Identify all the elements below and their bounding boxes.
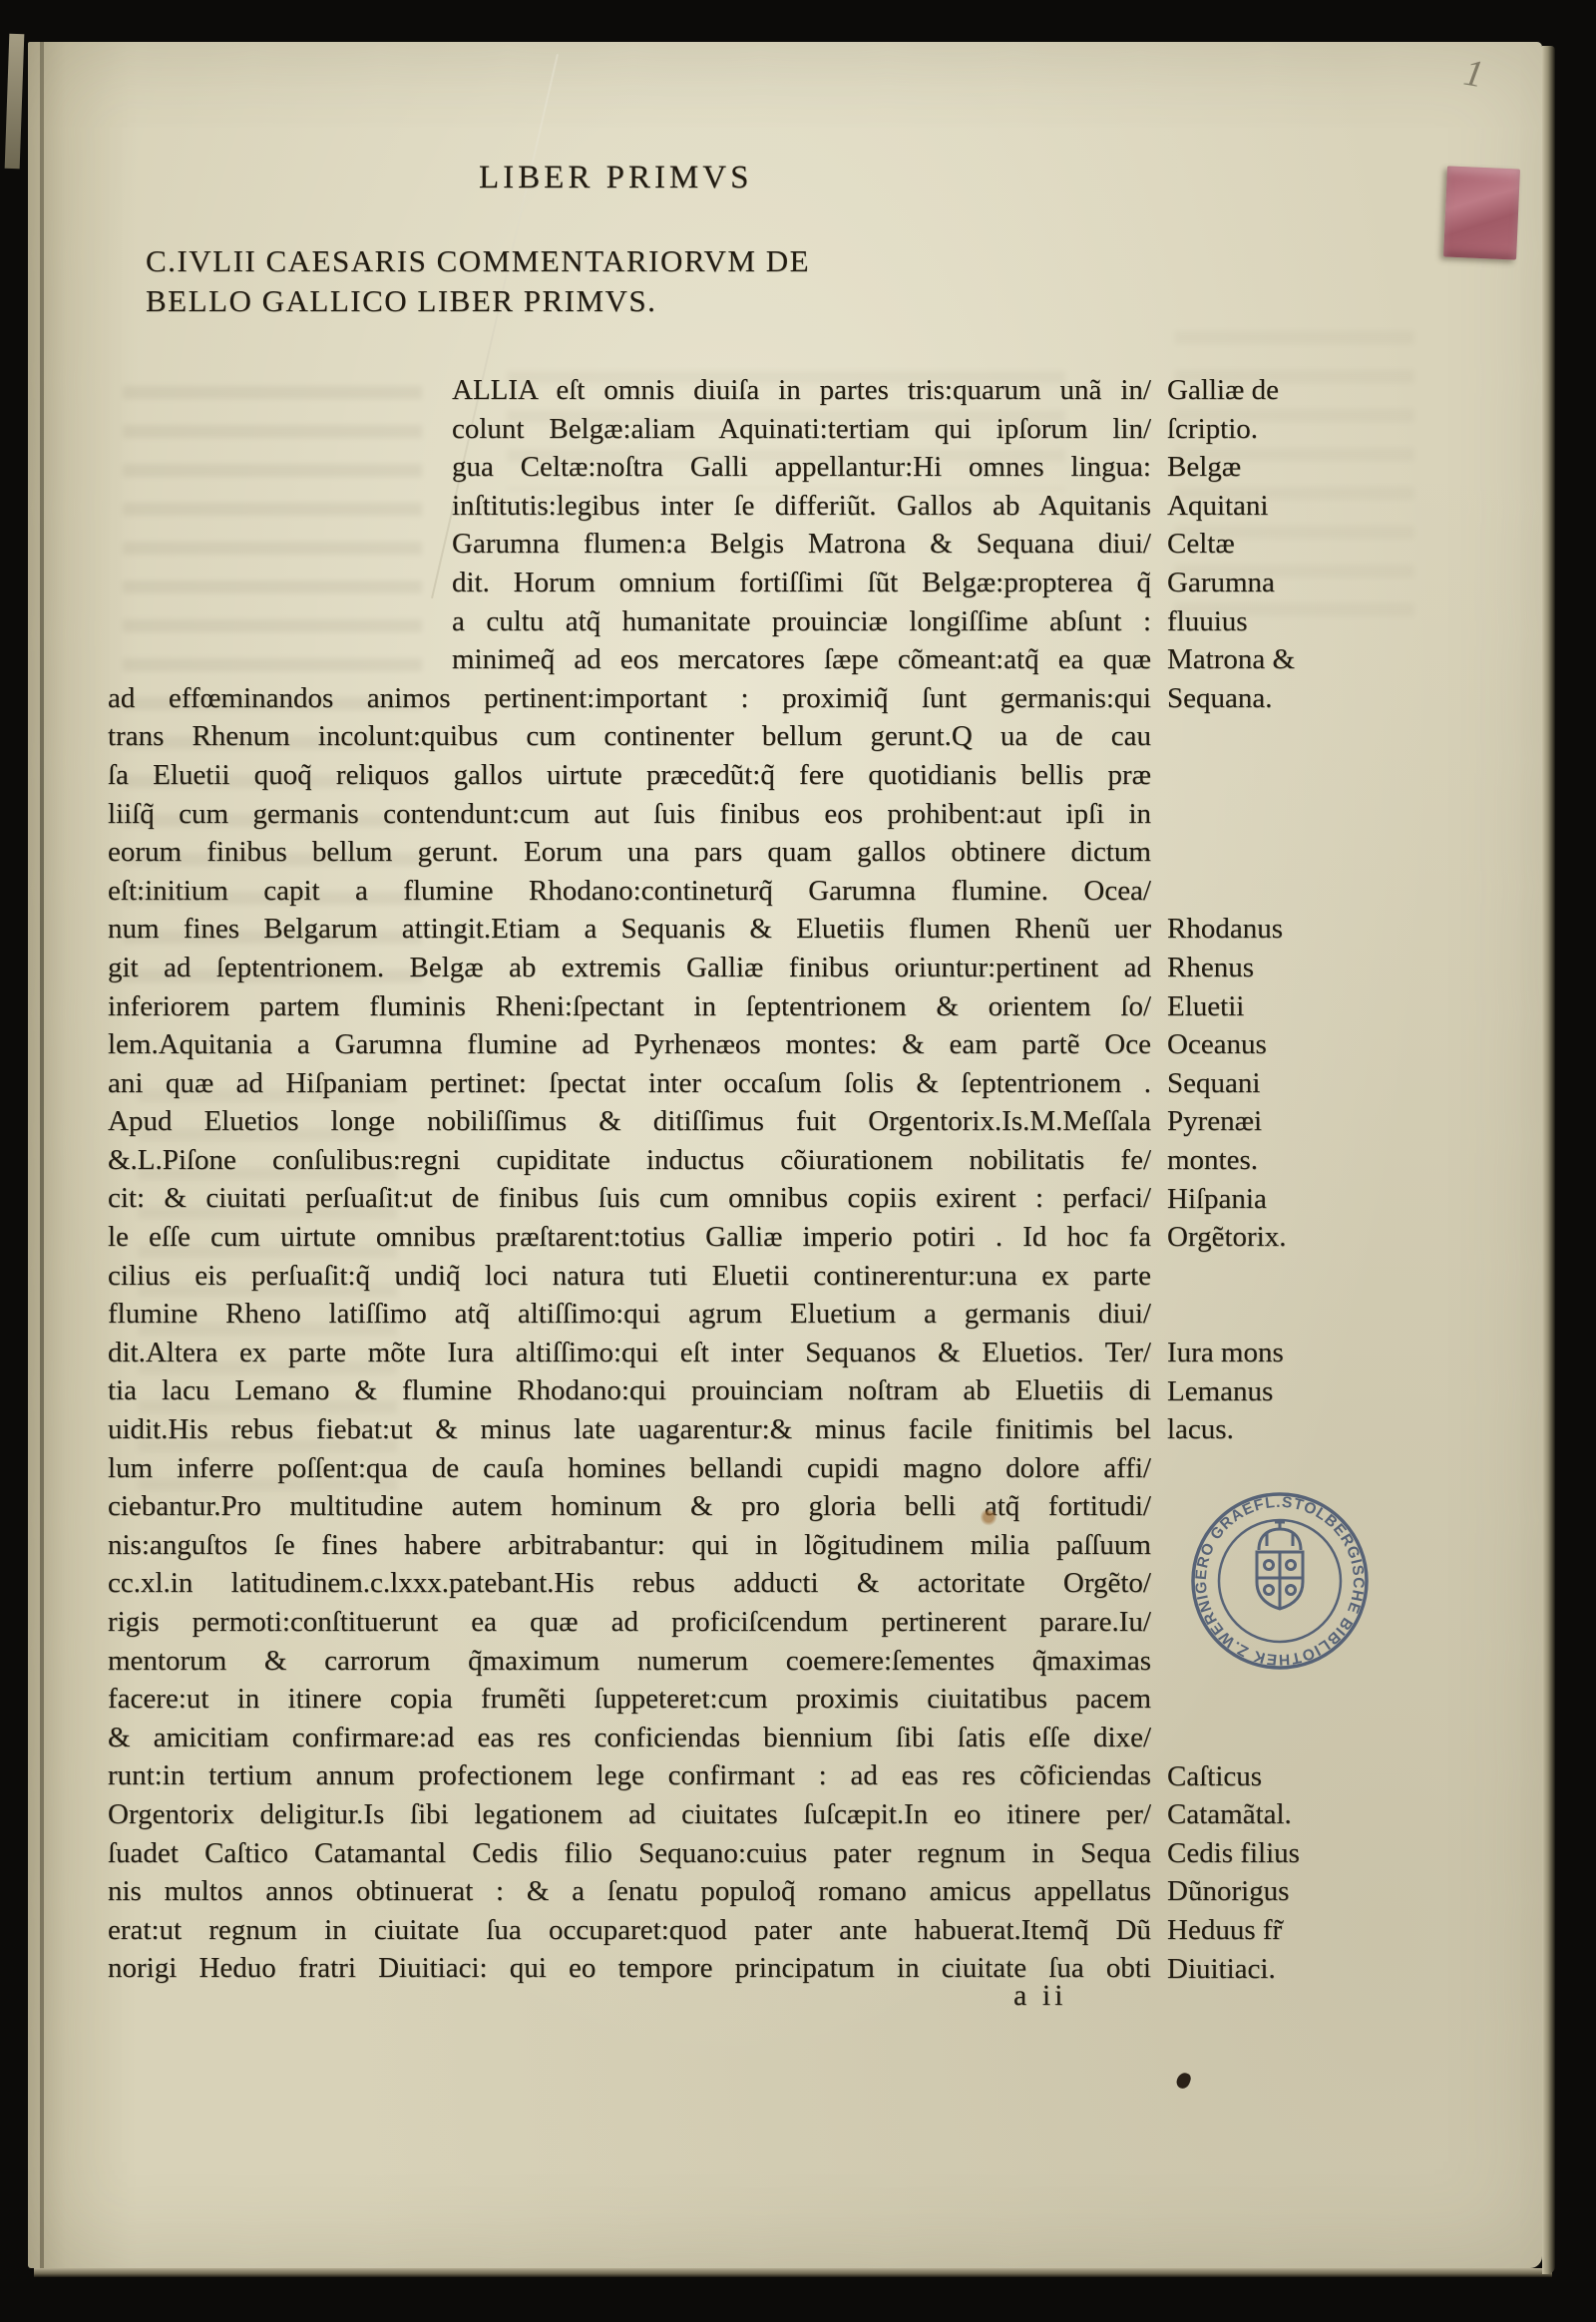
body-line: ſa Eluetii quoq̃ reliquos gallos uirtute… (108, 756, 1151, 795)
body-line: uidit.His rebus fiebat:ut & minus late u… (108, 1410, 1151, 1449)
body-line: minimeq̃ ad eos mercatores ſæpe cõmeant:… (452, 640, 1151, 679)
margin-note-group: Galliæ deſcriptio.BelgæAquitaniCeltæGaru… (1167, 371, 1295, 717)
margin-note: Cedis filius (1167, 1834, 1300, 1873)
body-line: facere:ut in itinere copia frumẽti ſuppe… (108, 1680, 1151, 1719)
margin-note: Belgæ (1167, 448, 1295, 487)
body-line: num fines Belgarum attingit.Etiam a Sequ… (108, 910, 1151, 949)
body-line: a cultu atq̃ humanitate prouinciæ longiſ… (452, 602, 1151, 641)
book-page: 1 LIBER PRIMVS C.IVLII CAESARIS COMMENTA… (28, 42, 1542, 2268)
body-line: &.L.Piſone conſulibus:regni cupiditate i… (108, 1141, 1151, 1180)
body-line: gua Celtæ:noſtra Galli appellantur:Hi om… (452, 448, 1151, 487)
body-line: Apud Eluetios longe nobiliſſimus & ditiſ… (108, 1102, 1151, 1141)
body-line: lem.Aquitania a Garumna flumine ad Pyrhe… (108, 1025, 1151, 1064)
body-line: colunt Belgæ:aliam Aquinati:tertiam qui … (452, 410, 1151, 449)
body-line: lum inferre poſſent:qua de cauſa homines… (108, 1449, 1151, 1488)
body-line: Garumna flumen:a Belgis Matrona & Sequan… (452, 525, 1151, 564)
margin-note: Matrona & (1167, 640, 1295, 679)
body-line: & amicitiam confirmare:ad eas res confic… (108, 1719, 1151, 1757)
body-line: nis multos annos obtinuerat : & a ſenatu… (108, 1872, 1151, 1911)
gutter-shadow (40, 42, 44, 2268)
body-line: runt:in tertium annum profectionem lege … (108, 1756, 1151, 1795)
body-line: flumine Rheno latiſſimo atq̃ altiſſimo:q… (108, 1295, 1151, 1334)
body-line: liiſq̃ cum germanis contendunt:cum aut ſ… (108, 795, 1151, 834)
body-line: norigi Heduo fratri Diuitiaci: qui eo te… (108, 1949, 1151, 1988)
chapter-title: C.IVLII CAESARIS COMMENTARIORVM DE BELLO… (146, 241, 810, 321)
margin-note: Dũnorigus (1167, 1872, 1300, 1911)
body-line: dit.Altera ex parte mõte Iura altiſſimo:… (108, 1334, 1151, 1372)
body-line: cilius eis perſuaſit:q̃ undiq̃ loci natu… (108, 1257, 1151, 1296)
body-line: eſt:initium capit a flumine Rhodano:cont… (108, 872, 1151, 911)
margin-note: Diuitiaci. (1167, 1950, 1300, 1989)
margin-note-group: RhodanusRhenusEluetiiOceanusSequaniPyren… (1167, 910, 1286, 1256)
body-line: cc.xl.in latitudinem.c.lxxx.patebant.His… (108, 1564, 1151, 1603)
ink-blot (1175, 2071, 1193, 2090)
margin-note: Iura mons (1167, 1334, 1284, 1372)
margin-note: Caſticus (1167, 1757, 1300, 1796)
margin-note: Galliæ de (1167, 371, 1295, 410)
margin-note: Rhenus (1167, 949, 1286, 987)
pink-bookmark-tab (1443, 166, 1520, 259)
margin-note: Orgẽtorix. (1167, 1218, 1286, 1257)
body-line: inferiorem partem fluminis Rheni:ſpectan… (108, 987, 1151, 1026)
margin-note-group: CaſticusCatamãtal.Cedis filiusDũnorigusH… (1167, 1757, 1300, 1989)
margin-note: lacus. (1167, 1410, 1284, 1449)
body-line: erat:ut regnum in ciuitate ſua occuparet… (108, 1911, 1151, 1950)
margin-note: Catamãtal. (1167, 1795, 1300, 1834)
margin-note: Pyrenæi (1167, 1102, 1286, 1141)
margin-note: ſcriptio. (1167, 410, 1295, 449)
body-line: nis:anguſtos ſe fines habere arbitrabant… (108, 1526, 1151, 1565)
title-line-2: BELLO GALLICO LIBER PRIMVS. (146, 281, 810, 321)
title-line-1: C.IVLII CAESARIS COMMENTARIORVM DE (146, 241, 810, 281)
running-title: LIBER PRIMVS (479, 160, 752, 196)
body-line: ad effœminandos animos pertinent:importa… (108, 679, 1151, 718)
body-line: tia lacu Lemano & flumine Rhodano:qui pr… (108, 1371, 1151, 1410)
body-line: mentorum & carrorum q̃maximum numerum co… (108, 1642, 1151, 1681)
quire-signature: a ii (1013, 1979, 1067, 2013)
body-line: trans Rhenum incolunt:quibus cum contine… (108, 717, 1151, 756)
margin-note: Sequani (1167, 1064, 1286, 1103)
margin-note: Eluetii (1167, 987, 1286, 1026)
body-line: eorum finibus bellum gerunt. Eorum una p… (108, 833, 1151, 872)
body-line: git ad ſeptentrionem. Belgæ ab extremis … (108, 949, 1151, 987)
body-line: le eſſe cum uirtute omnibus præſtarent:t… (108, 1218, 1151, 1257)
body-line: ſuadet Caſtico Catamantal Cedis filio Se… (108, 1834, 1151, 1873)
library-stamp: GRAEFL.STOLBERGISCHE BIBLIOTHEK Z.WERNIG… (1185, 1486, 1375, 1676)
margin-note: Lemanus (1167, 1372, 1284, 1411)
body-line: ani quæ ad Hiſpaniam pertinet: ſpectat i… (108, 1064, 1151, 1103)
margin-note: fluuius (1167, 602, 1295, 641)
body-line: cit: & ciuitati perſuaſit:ut de finibus … (108, 1179, 1151, 1218)
body-line: rigis permoti:conſtituerunt ea quæ ad pr… (108, 1603, 1151, 1642)
margin-note: Sequana. (1167, 679, 1295, 718)
stamp-crest (1257, 1519, 1303, 1609)
margin-note: Aquitani (1167, 487, 1295, 526)
body-line: ALLIA eſt omnis diuiſa in partes tris:qu… (452, 371, 1151, 410)
margin-note: Rhodanus (1167, 910, 1286, 949)
book-scan: 1 LIBER PRIMVS C.IVLII CAESARIS COMMENTA… (0, 0, 1596, 2322)
margin-note: montes. (1167, 1141, 1286, 1180)
body-line: inſtitutis:legibus inter ſe differiũt. G… (452, 487, 1151, 526)
paper-stain (981, 1508, 997, 1526)
margin-note-group: Iura monsLemanuslacus. (1167, 1334, 1284, 1449)
folio-number: 1 (1460, 51, 1486, 98)
margin-note: Garumna (1167, 564, 1295, 602)
margin-note: Heduus fr̃ (1167, 1911, 1300, 1950)
body-line: Orgentorix deligitur.Is ſibi legationem … (108, 1795, 1151, 1834)
body-line: dit. Horum omnium fortiſſimi ſũt Belgæ:p… (452, 564, 1151, 602)
margin-note: Oceanus (1167, 1025, 1286, 1064)
margin-note: Celtæ (1167, 525, 1295, 564)
body-text: ALLIA eſt omnis diuiſa in partes tris:qu… (108, 371, 1151, 1988)
page-edge-sliver (5, 34, 25, 169)
margin-note: Hiſpania (1167, 1180, 1286, 1219)
